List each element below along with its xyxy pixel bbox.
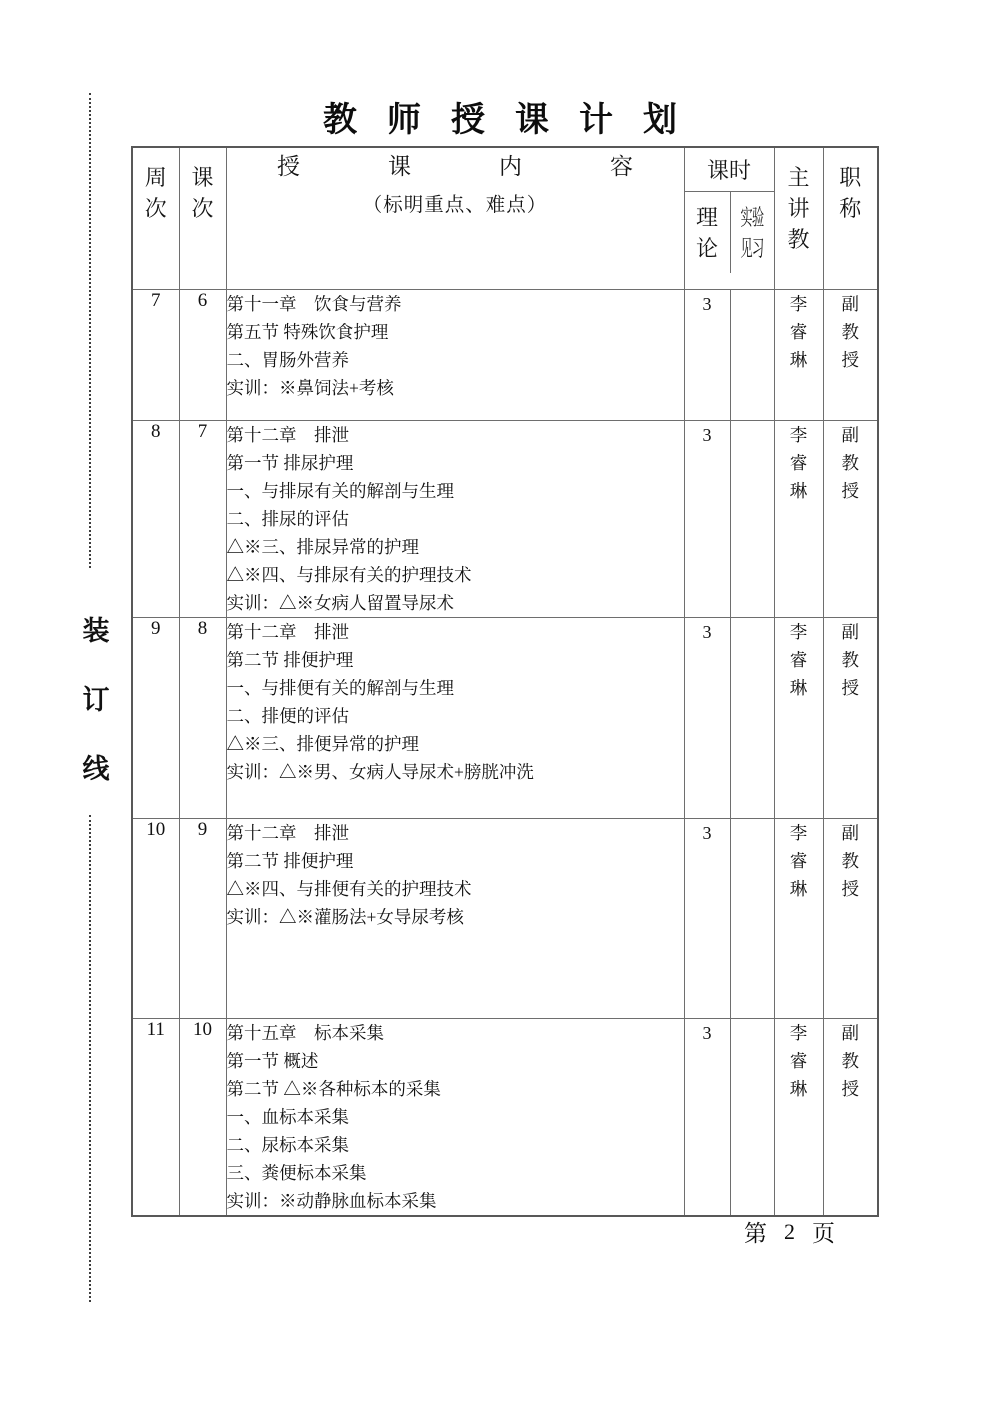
header-lesson: 课 次 — [179, 147, 226, 289]
teacher-rank: 副教授 — [839, 618, 861, 702]
header-week-char: 周 — [145, 161, 167, 192]
header-teacher: 主 讲 教 — [774, 147, 823, 289]
rank-cell: 副教授 — [823, 617, 878, 818]
binding-line-label: 装 订 线 — [79, 617, 113, 783]
content-line: 第一节 排尿护理 — [227, 449, 684, 477]
theory-hours-cell: 3 — [684, 617, 730, 818]
content-cell: 第十二章 排泄第二节 排便护理一、与排便有关的解剖与生理二、排便的评估△※三、排… — [226, 617, 684, 818]
teacher-name: 李睿琳 — [788, 290, 810, 374]
content-cell: 第十五章 标本采集第一节 概述第二节 △※各种标本的采集一、血标本采集二、尿标本… — [226, 1018, 684, 1216]
table-row: 8 7 第十二章 排泄第一节 排尿护理一、与排尿有关的解剖与生理二、排尿的评估△… — [132, 420, 878, 617]
header-lesson-char: 课 — [191, 161, 213, 192]
lesson-cell: 10 — [179, 1018, 226, 1216]
week-cell: 9 — [132, 617, 179, 818]
document-page: 装 订 线 教师授课计划 周 次 课 次 授 — [0, 0, 1000, 1414]
header-practice-word: 实验 — [740, 201, 763, 232]
content-line: 实训：△※灌肠法+女导尿考核 — [227, 903, 684, 931]
content-line: 二、排尿的评估 — [227, 505, 684, 533]
table-header-row: 周 次 课 次 授课内容 （标明重点、难点） 课时 — [132, 147, 878, 289]
footer-suffix: 页 — [812, 1215, 835, 1248]
practice-hours-cell — [730, 818, 774, 1018]
header-hours-label: 课时 — [685, 148, 774, 192]
header-teacher-char: 主 — [788, 161, 810, 192]
practice-hours-cell — [730, 617, 774, 818]
binding-dashed-line-top — [89, 93, 91, 568]
teacher-name: 李睿琳 — [788, 618, 810, 702]
header-week-char: 次 — [145, 192, 167, 223]
content-line: 第十二章 排泄 — [227, 618, 684, 646]
header-content-subtitle: （标明重点、难点） — [363, 189, 548, 217]
rank-cell: 副教授 — [823, 1018, 878, 1216]
footer-prefix: 第 — [744, 1215, 767, 1248]
teacher-cell: 李睿琳 — [774, 420, 823, 617]
header-theory-char: 论 — [696, 232, 718, 263]
header-content: 授课内容 （标明重点、难点） — [226, 147, 684, 289]
content-line: 三、粪便标本采集 — [227, 1159, 684, 1187]
content-line: 二、尿标本采集 — [227, 1131, 684, 1159]
content-line: 实训：△※男、女病人导尿术+膀胱冲洗 — [227, 758, 684, 786]
content-line: △※四、与排便有关的护理技术 — [227, 875, 684, 903]
header-week: 周 次 — [132, 147, 179, 289]
content-line: 一、血标本采集 — [227, 1103, 684, 1131]
table-row: 7 6 第十一章 饮食与营养第五节 特殊饮食护理二、胃肠外营养实训：※鼻饲法+考… — [132, 289, 878, 420]
content-line: △※四、与排尿有关的护理技术 — [227, 561, 684, 589]
binding-char: 线 — [83, 755, 110, 783]
teacher-cell: 李睿琳 — [774, 289, 823, 420]
lesson-cell: 7 — [179, 420, 226, 617]
header-hours: 课时 理 论 实验 见习 — [684, 147, 774, 289]
teacher-name: 李睿琳 — [788, 421, 810, 505]
header-practice: 实验 见习 — [731, 192, 774, 273]
week-cell: 7 — [132, 289, 179, 420]
content-line: 第一节 概述 — [227, 1047, 684, 1075]
lesson-cell: 6 — [179, 289, 226, 420]
theory-hours-cell: 3 — [684, 1018, 730, 1216]
header-rank: 职 称 — [823, 147, 878, 289]
header-theory-char: 理 — [696, 201, 718, 232]
binding-char: 订 — [83, 686, 110, 714]
practice-hours-cell — [730, 1018, 774, 1216]
content-line: 一、与排尿有关的解剖与生理 — [227, 477, 684, 505]
content-cell: 第十二章 排泄第一节 排尿护理一、与排尿有关的解剖与生理二、排尿的评估△※三、排… — [226, 420, 684, 617]
lesson-cell: 8 — [179, 617, 226, 818]
teacher-cell: 李睿琳 — [774, 818, 823, 1018]
content-line: △※三、排便异常的护理 — [227, 730, 684, 758]
week-cell: 10 — [132, 818, 179, 1018]
content-line: 实训：△※女病人留置导尿术 — [227, 589, 684, 617]
header-teacher-char: 讲 — [788, 192, 810, 223]
table-row: 9 8 第十二章 排泄第二节 排便护理一、与排便有关的解剖与生理二、排便的评估△… — [132, 617, 878, 818]
content-line: 第十二章 排泄 — [227, 819, 684, 847]
page-title: 教师授课计划 — [0, 100, 1000, 140]
content-line: 第二节 排便护理 — [227, 646, 684, 674]
teaching-plan-table: 周 次 课 次 授课内容 （标明重点、难点） 课时 — [131, 146, 879, 1217]
table-row: 11 10 第十五章 标本采集第一节 概述第二节 △※各种标本的采集一、血标本采… — [132, 1018, 878, 1216]
content-line: 第十二章 排泄 — [227, 421, 684, 449]
content-line: 二、排便的评估 — [227, 702, 684, 730]
footer-page-number: 2 — [784, 1219, 795, 1245]
content-line: 实训：※鼻饲法+考核 — [227, 374, 684, 402]
teacher-cell: 李睿琳 — [774, 617, 823, 818]
content-line: 二、胃肠外营养 — [227, 346, 684, 374]
rank-cell: 副教授 — [823, 289, 878, 420]
teacher-rank: 副教授 — [839, 1019, 861, 1103]
rank-cell: 副教授 — [823, 818, 878, 1018]
content-line: 实训：※动静脉血标本采集 — [227, 1187, 684, 1215]
teacher-cell: 李睿琳 — [774, 1018, 823, 1216]
content-line: 第二节 △※各种标本的采集 — [227, 1075, 684, 1103]
teacher-rank: 副教授 — [839, 819, 861, 903]
practice-hours-cell — [730, 289, 774, 420]
teacher-name: 李睿琳 — [788, 1019, 810, 1103]
header-content-title: 授课内容 — [226, 148, 684, 181]
teacher-rank: 副教授 — [839, 290, 861, 374]
header-lesson-char: 次 — [191, 192, 213, 223]
content-line: 第十五章 标本采集 — [227, 1019, 684, 1047]
header-practice-word: 见习 — [740, 232, 763, 263]
content-line: 第十一章 饮食与营养 — [227, 290, 684, 318]
header-teacher-char: 教 — [788, 223, 810, 254]
theory-hours-cell: 3 — [684, 289, 730, 420]
week-cell: 11 — [132, 1018, 179, 1216]
teacher-name: 李睿琳 — [788, 819, 810, 903]
rank-cell: 副教授 — [823, 420, 878, 617]
content-line: 第二节 排便护理 — [227, 847, 684, 875]
content-cell: 第十二章 排泄第二节 排便护理△※四、与排便有关的护理技术实训：△※灌肠法+女导… — [226, 818, 684, 1018]
practice-hours-cell — [730, 420, 774, 617]
binding-dashed-line-bottom — [89, 815, 91, 1302]
header-rank-char: 称 — [839, 192, 861, 223]
content-cell: 第十一章 饮食与营养第五节 特殊饮食护理二、胃肠外营养实训：※鼻饲法+考核 — [226, 289, 684, 420]
theory-hours-cell: 3 — [684, 420, 730, 617]
content-line: 一、与排便有关的解剖与生理 — [227, 674, 684, 702]
table-row: 10 9 第十二章 排泄第二节 排便护理△※四、与排便有关的护理技术实训：△※灌… — [132, 818, 878, 1018]
theory-hours-cell: 3 — [684, 818, 730, 1018]
page-number-footer: 第 2 页 — [744, 1215, 835, 1248]
content-line: △※三、排尿异常的护理 — [227, 533, 684, 561]
content-line: 第五节 特殊饮食护理 — [227, 318, 684, 346]
lesson-cell: 9 — [179, 818, 226, 1018]
header-rank-char: 职 — [839, 161, 861, 192]
binding-char: 装 — [83, 617, 110, 645]
header-theory: 理 论 — [685, 192, 731, 273]
teacher-rank: 副教授 — [839, 421, 861, 505]
week-cell: 8 — [132, 420, 179, 617]
